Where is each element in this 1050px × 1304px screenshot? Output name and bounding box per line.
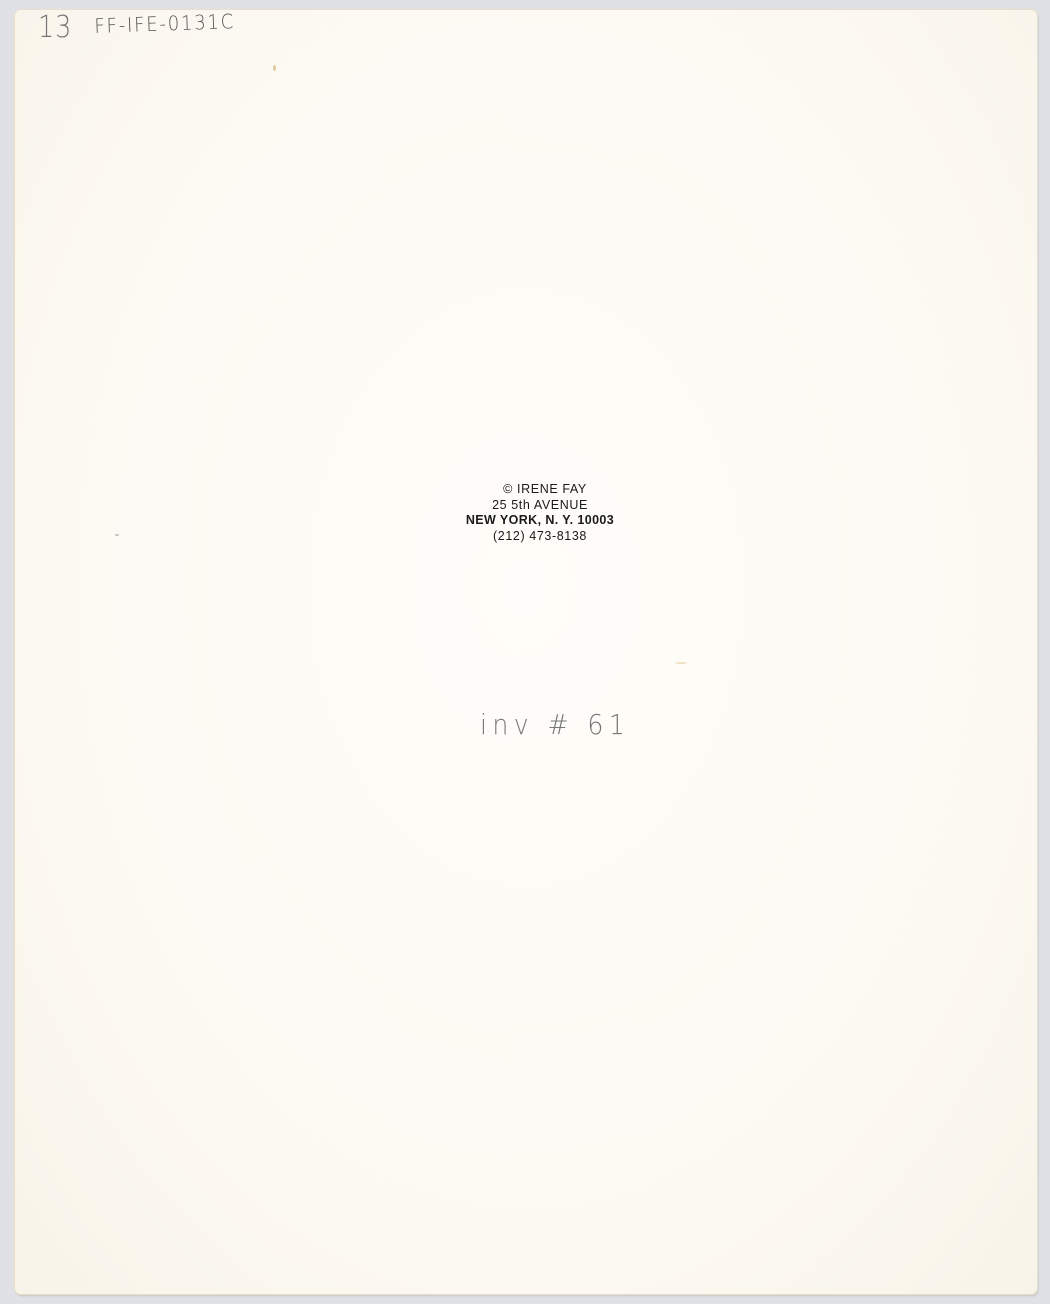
photographer-stamp: © IRENE FAY 25 5th AVENUE NEW YORK, N. Y… bbox=[440, 482, 640, 544]
photo-back-card bbox=[15, 10, 1037, 1294]
stamp-street-address: 25 5th AVENUE bbox=[440, 498, 640, 514]
paper-fleck bbox=[675, 662, 687, 664]
stamp-phone: (212) 473-8138 bbox=[440, 529, 640, 545]
stamp-copyright-name: © IRENE FAY bbox=[440, 482, 640, 498]
paper-fleck bbox=[273, 65, 276, 71]
stamp-city-zip: NEW YORK, N. Y. 10003 bbox=[440, 513, 640, 529]
paper-fleck bbox=[115, 534, 119, 536]
pencil-inventory-number: inv # 61 bbox=[480, 708, 630, 741]
pencil-page-number: 13 bbox=[38, 10, 72, 45]
pencil-catalog-id: FF-IFE-0131C bbox=[94, 9, 235, 38]
